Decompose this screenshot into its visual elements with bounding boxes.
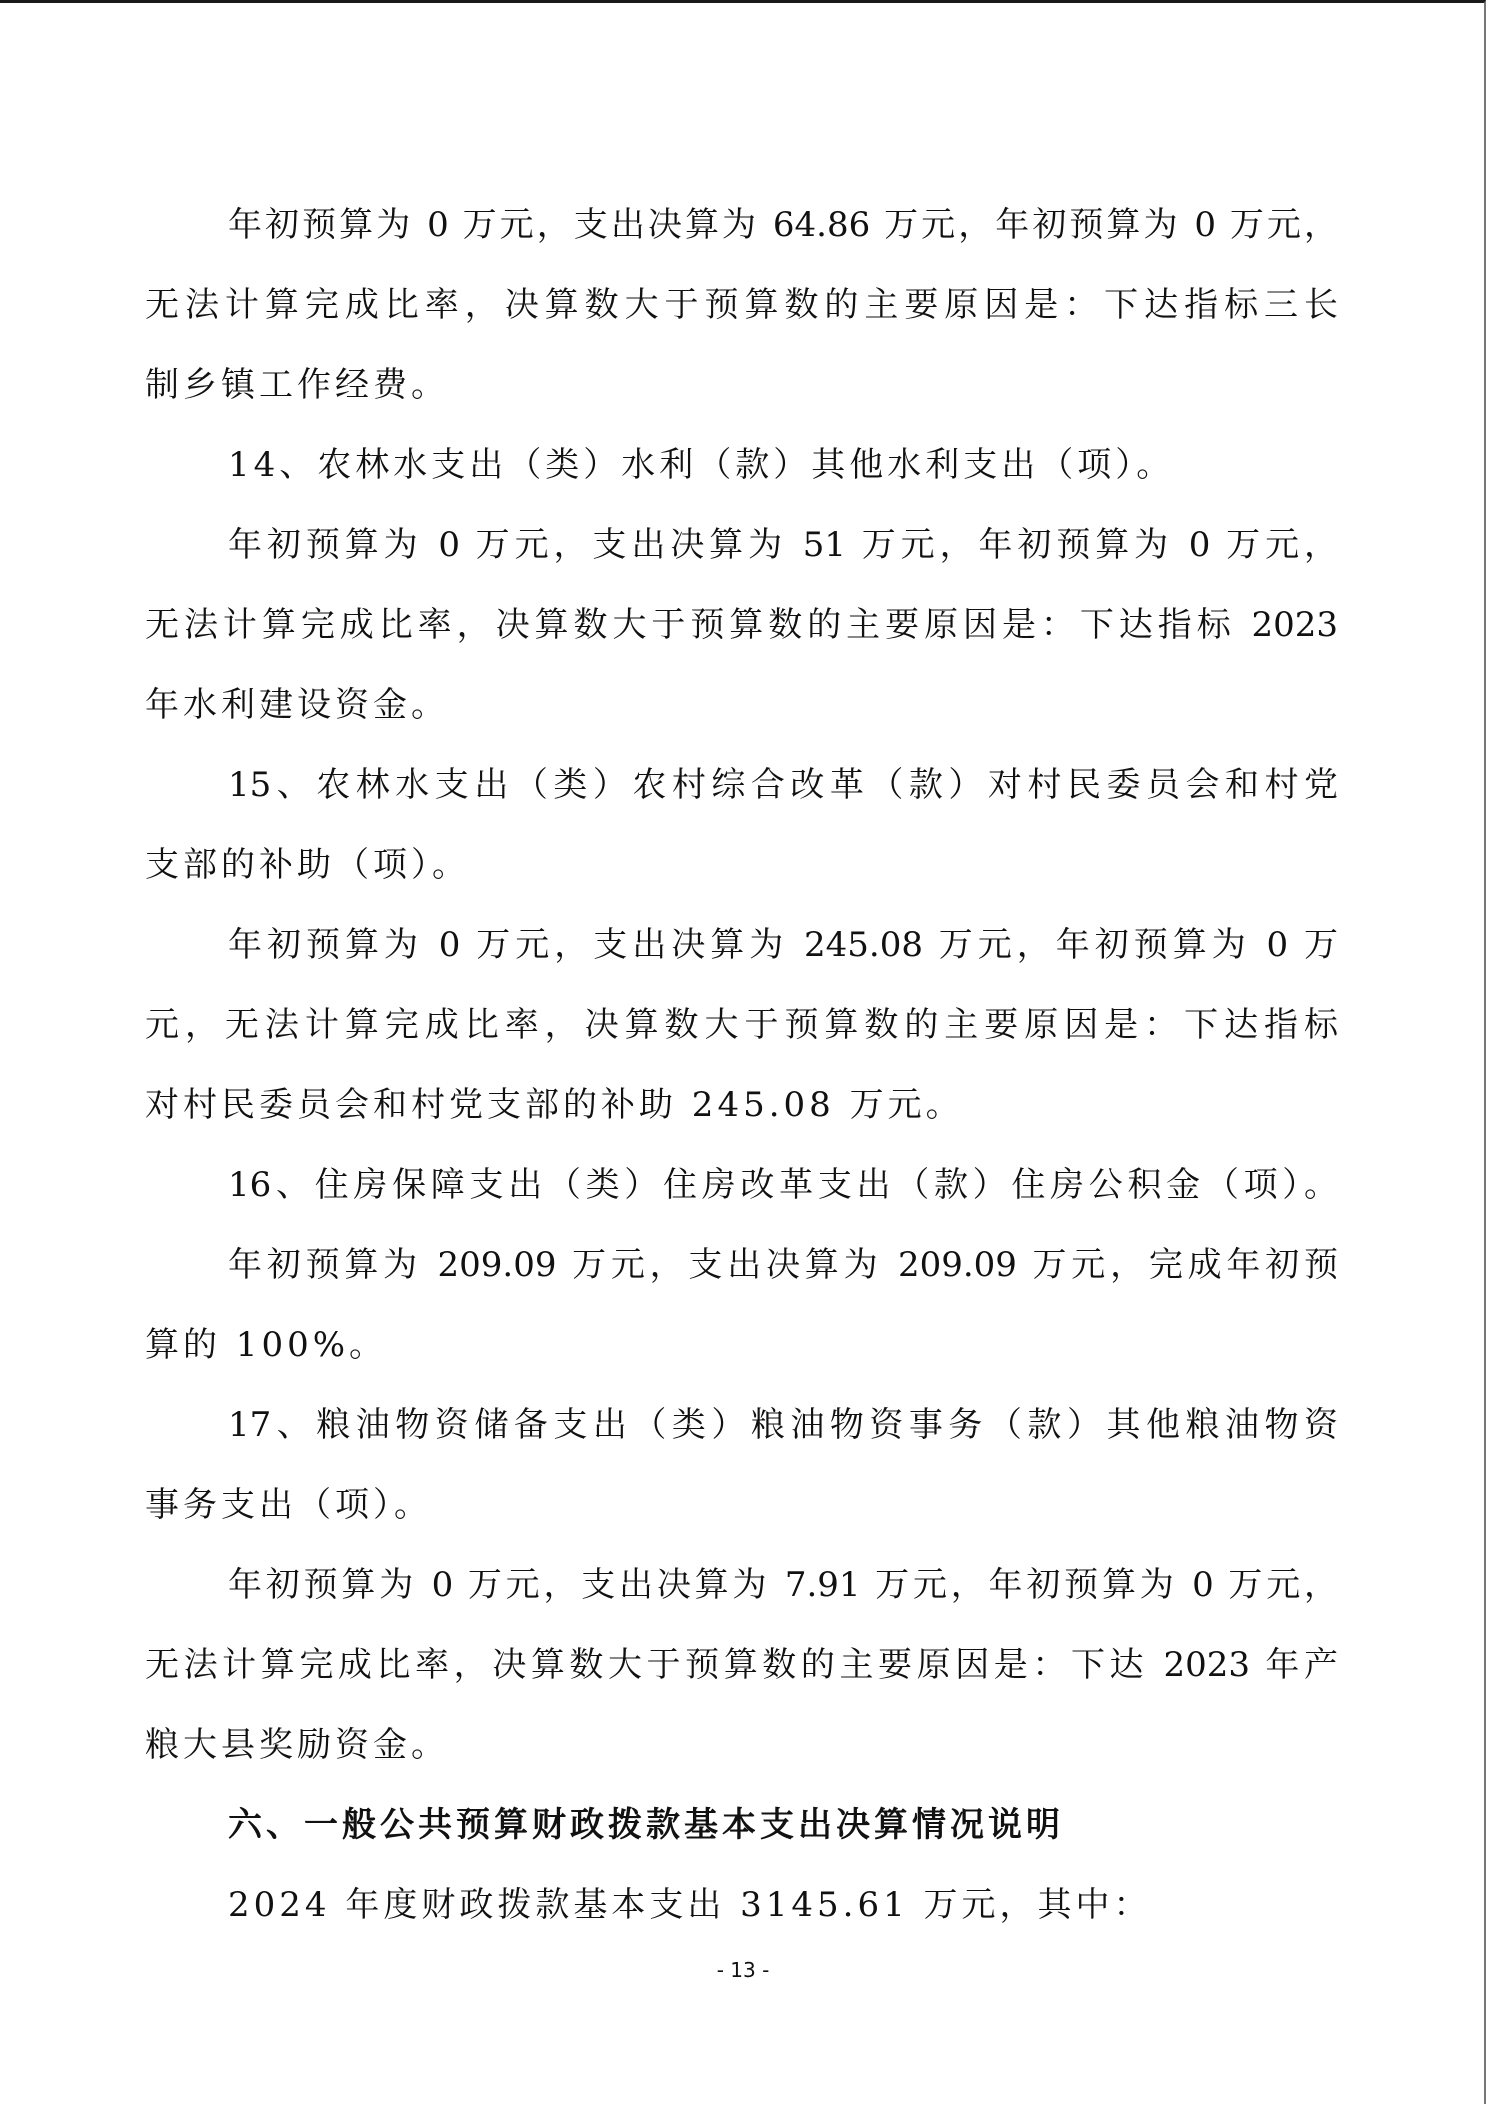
paragraph-line: 年初预算为 0 万元，支出决算为 64.86 万元，年初预算为 0 万元， [228, 201, 1338, 249]
item-15-heading-cont: 支部的补助（项）。 [145, 841, 1338, 889]
paragraph-line: 年初预算为 0 万元，支出决算为 245.08 万元，年初预算为 0 万 [228, 921, 1338, 969]
paragraph-line: 制乡镇工作经费。 [145, 361, 1338, 409]
paragraph-line: 无法计算完成比率，决算数大于预算数的主要原因是：下达指标 2023 [145, 601, 1338, 649]
paragraph-line: 年初预算为 209.09 万元，支出决算为 209.09 万元，完成年初预 [228, 1241, 1338, 1289]
paragraph-line: 粮大县奖励资金。 [145, 1721, 1338, 1769]
item-14-heading: 14、农林水支出（类）水利（款）其他水利支出（项）。 [228, 441, 1338, 489]
paragraph-line: 算的 100%。 [145, 1321, 1338, 1369]
document-page: 年初预算为 0 万元，支出决算为 64.86 万元，年初预算为 0 万元， 无法… [0, 0, 1486, 2104]
item-16-heading: 16、住房保障支出（类）住房改革支出（款）住房公积金（项）。 [228, 1161, 1338, 1209]
paragraph-line: 年水利建设资金。 [145, 681, 1338, 729]
paragraph-line: 元，无法计算完成比率，决算数大于预算数的主要原因是：下达指标 [145, 1001, 1338, 1049]
item-17-heading-cont: 事务支出（项）。 [145, 1481, 1338, 1529]
section-six-heading: 六、一般公共预算财政拨款基本支出决算情况说明 [228, 1801, 1338, 1849]
paragraph-line: 年初预算为 0 万元，支出决算为 7.91 万元，年初预算为 0 万元， [228, 1561, 1338, 1609]
paragraph-line: 年初预算为 0 万元，支出决算为 51 万元，年初预算为 0 万元， [228, 521, 1338, 569]
paragraph-line: 无法计算完成比率，决算数大于预算数的主要原因是：下达 2023 年产 [145, 1641, 1338, 1689]
page-number: - 13 - [0, 1955, 1486, 1985]
paragraph-line: 2024 年度财政拨款基本支出 3145.61 万元，其中： [228, 1881, 1338, 1929]
paragraph-line: 无法计算完成比率，决算数大于预算数的主要原因是：下达指标三长 [145, 281, 1338, 329]
paragraph-line: 对村民委员会和村党支部的补助 245.08 万元。 [145, 1081, 1338, 1129]
item-15-heading: 15、农林水支出（类）农村综合改革（款）对村民委员会和村党 [228, 761, 1338, 809]
item-17-heading: 17、粮油物资储备支出（类）粮油物资事务（款）其他粮油物资 [228, 1401, 1338, 1449]
